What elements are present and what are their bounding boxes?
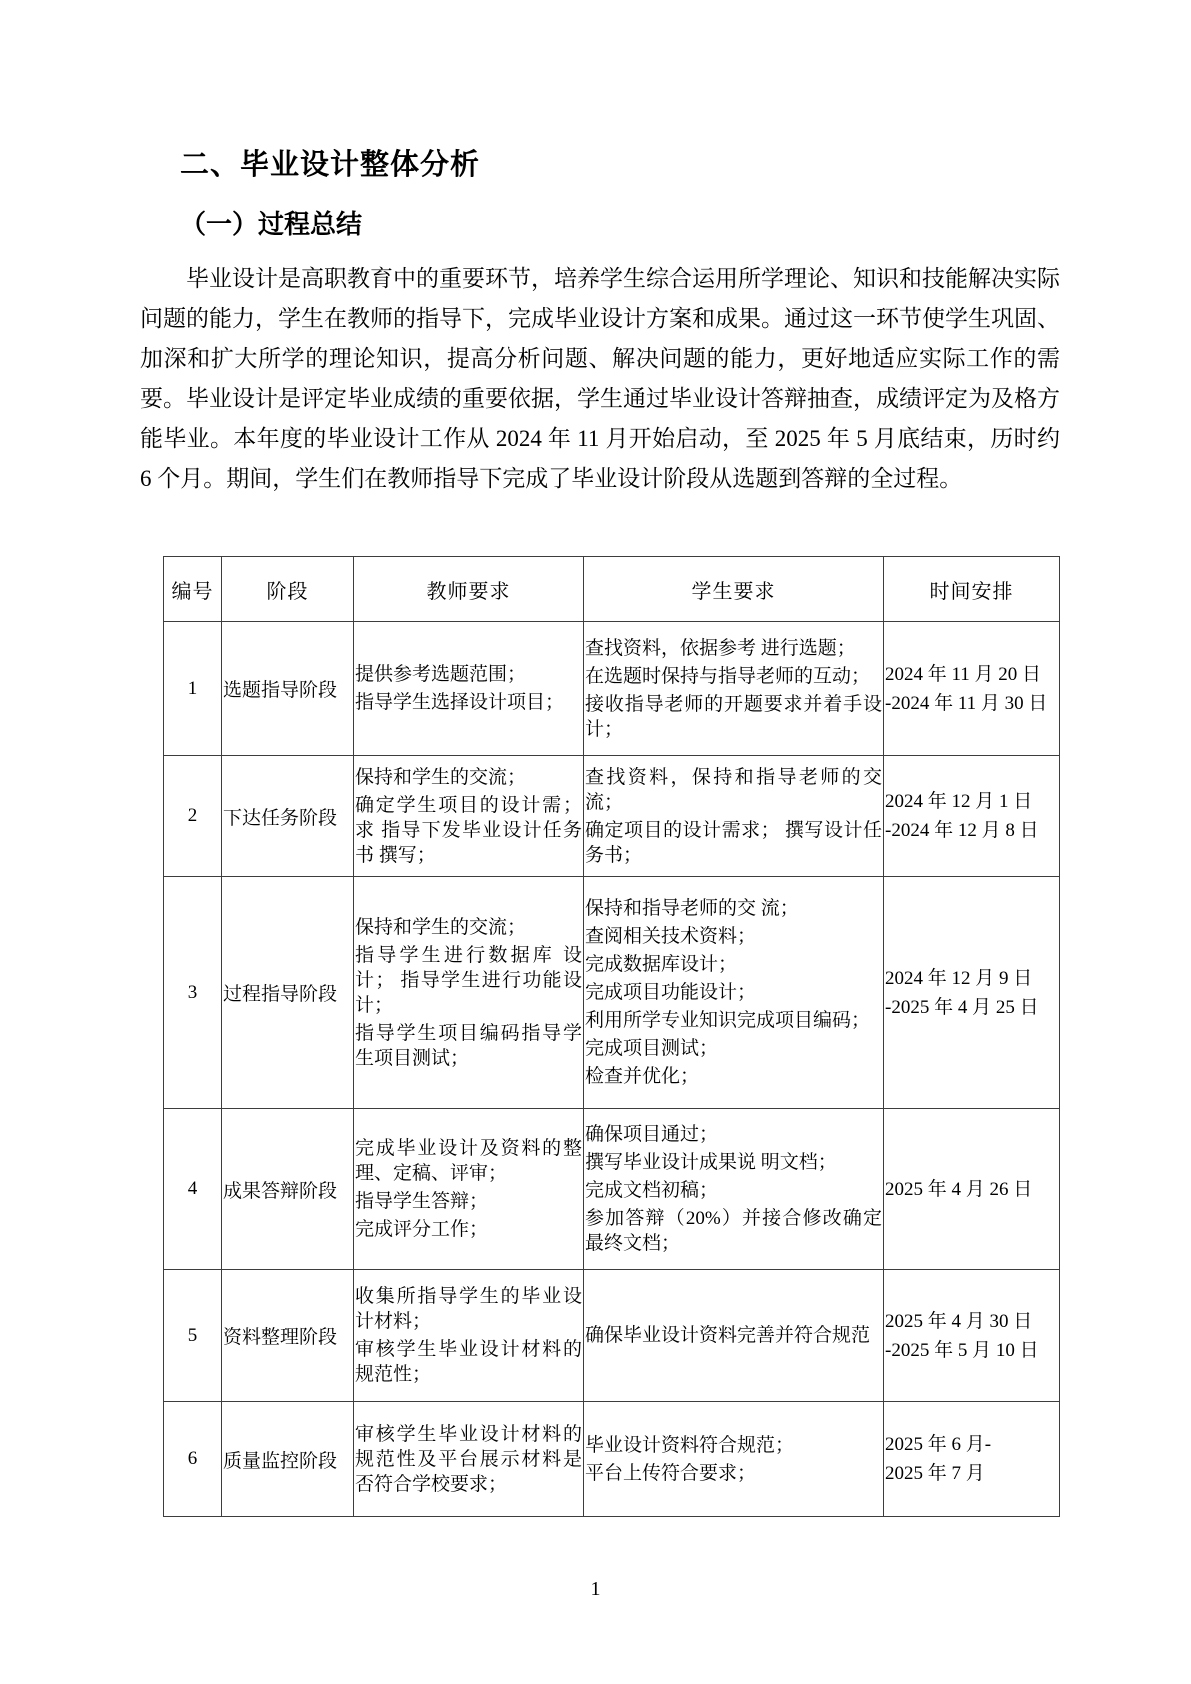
cell-number: 1	[164, 622, 222, 756]
cell-number: 2	[164, 756, 222, 877]
cell-phase: 下达任务阶段	[222, 756, 354, 877]
requirement-item: 审核学生毕业设计材料的规范性；	[355, 1337, 582, 1387]
time-line: 2024 年 12 月 9 日	[885, 965, 1058, 992]
requirement-item: 指导学生选择设计项目；	[355, 690, 582, 715]
requirement-item: 保持和指导老师的交 流；	[585, 896, 882, 921]
cell-phase: 资料整理阶段	[222, 1270, 354, 1402]
cell-time-schedule: 2024 年 12 月 1 日-2024 年 12 月 8 日	[884, 756, 1060, 877]
header-student: 学生要求	[584, 557, 884, 622]
requirement-item: 完成毕业设计及资料的整理、定稿、评审；	[355, 1136, 582, 1186]
cell-phase: 过程指导阶段	[222, 877, 354, 1109]
cell-teacher-requirements: 保持和学生的交流；指导学生进行数据库 设计； 指导学生进行功能设计；指导学生项目…	[354, 877, 584, 1109]
header-no: 编号	[164, 557, 222, 622]
cell-teacher-requirements: 完成毕业设计及资料的整理、定稿、评审；指导学生答辩；完成评分工作；	[354, 1109, 584, 1270]
cell-number: 6	[164, 1402, 222, 1517]
section-title: 二、毕业设计整体分析	[180, 146, 1060, 184]
cell-time-schedule: 2025 年 4 月 30 日-2025 年 5 月 10 日	[884, 1270, 1060, 1402]
header-teacher: 教师要求	[354, 557, 584, 622]
requirement-item: 审核学生毕业设计材料的规范性及平台展示材料是否符合学校要求；	[355, 1422, 582, 1497]
table-row: 6质量监控阶段审核学生毕业设计材料的规范性及平台展示材料是否符合学校要求；毕业设…	[164, 1402, 1060, 1517]
requirement-item: 保持和学生的交流；	[355, 915, 582, 940]
subsection-title: （一）过程总结	[180, 208, 1060, 242]
requirement-item: 平台上传符合要求；	[585, 1461, 882, 1486]
time-line: 2025 年 7 月	[885, 1460, 1058, 1487]
cell-time-schedule: 2024 年 11 月 20 日-2024 年 11 月 30 日	[884, 622, 1060, 756]
table-row: 4成果答辩阶段完成毕业设计及资料的整理、定稿、评审；指导学生答辩；完成评分工作；…	[164, 1109, 1060, 1270]
requirement-item: 确定项目的设计需求； 撰写设计任务书；	[585, 818, 882, 868]
cell-teacher-requirements: 审核学生毕业设计材料的规范性及平台展示材料是否符合学校要求；	[354, 1402, 584, 1517]
cell-teacher-requirements: 提供参考选题范围；指导学生选择设计项目；	[354, 622, 584, 756]
time-line: -2025 年 5 月 10 日	[885, 1337, 1058, 1364]
header-time: 时间安排	[884, 557, 1060, 622]
phases-table: 编号 阶段 教师要求 学生要求 时间安排 1选题指导阶段提供参考选题范围；指导学…	[163, 556, 1060, 1517]
time-line: 2024 年 12 月 1 日	[885, 788, 1058, 815]
table-row: 2下达任务阶段保持和学生的交流；确定学生项目的设计需；求 指导下发毕业设计任务书…	[164, 756, 1060, 877]
cell-number: 5	[164, 1270, 222, 1402]
requirement-item: 查找资料，保持和指导老师的交流；	[585, 765, 882, 815]
page-number: 1	[0, 1578, 1191, 1601]
table-header-row: 编号 阶段 教师要求 学生要求 时间安排	[164, 557, 1060, 622]
requirement-item: 毕业设计资料符合规范；	[585, 1433, 882, 1458]
cell-teacher-requirements: 保持和学生的交流；确定学生项目的设计需；求 指导下发毕业设计任务书 撰写；	[354, 756, 584, 877]
cell-phase: 成果答辩阶段	[222, 1109, 354, 1270]
requirement-item: 收集所指导学生的毕业设计材料；	[355, 1284, 582, 1334]
requirement-item: 完成数据库设计；	[585, 952, 882, 977]
requirement-item: 确保项目通过；	[585, 1122, 882, 1147]
requirement-item: 完成文档初稿；	[585, 1178, 882, 1203]
cell-student-requirements: 确保毕业设计资料完善并符合规范	[584, 1270, 884, 1402]
cell-number: 4	[164, 1109, 222, 1270]
cell-time-schedule: 2024 年 12 月 9 日-2025 年 4 月 25 日	[884, 877, 1060, 1109]
header-phase: 阶段	[222, 557, 354, 622]
cell-teacher-requirements: 收集所指导学生的毕业设计材料；审核学生毕业设计材料的规范性；	[354, 1270, 584, 1402]
cell-student-requirements: 查找资料，保持和指导老师的交流；确定项目的设计需求； 撰写设计任务书；	[584, 756, 884, 877]
requirement-item: 提供参考选题范围；	[355, 662, 582, 687]
time-line: -2024 年 12 月 8 日	[885, 817, 1058, 844]
time-line: 2025 年 4 月 30 日	[885, 1308, 1058, 1335]
requirement-item: 完成评分工作；	[355, 1217, 582, 1242]
requirement-item: 检查并优化；	[585, 1064, 882, 1089]
requirement-item: 指导学生答辩；	[355, 1189, 582, 1214]
cell-time-schedule: 2025 年 4 月 26 日	[884, 1109, 1060, 1270]
requirement-item: 指导学生进行数据库 设计； 指导学生进行功能设计；	[355, 943, 582, 1018]
time-line: 2025 年 6 月-	[885, 1431, 1058, 1458]
requirement-item: 保持和学生的交流；	[355, 765, 582, 790]
cell-time-schedule: 2025 年 6 月-2025 年 7 月	[884, 1402, 1060, 1517]
cell-student-requirements: 毕业设计资料符合规范；平台上传符合要求；	[584, 1402, 884, 1517]
requirement-item: 在选题时保持与指导老师的互动；	[585, 664, 882, 689]
requirement-item: 确定学生项目的设计需；求 指导下发毕业设计任务书 撰写；	[355, 793, 582, 868]
time-line: 2024 年 11 月 20 日	[885, 661, 1058, 688]
table-row: 3过程指导阶段保持和学生的交流；指导学生进行数据库 设计； 指导学生进行功能设计…	[164, 877, 1060, 1109]
time-line: 2025 年 4 月 26 日	[885, 1176, 1058, 1203]
cell-student-requirements: 确保项目通过；撰写毕业设计成果说 明文档；完成文档初稿；参加答辩（20%）并接合…	[584, 1109, 884, 1270]
cell-phase: 选题指导阶段	[222, 622, 354, 756]
requirement-item: 完成项目测试；	[585, 1036, 882, 1061]
document-page: 二、毕业设计整体分析 （一）过程总结 毕业设计是高职教育中的重要环节，培养学生综…	[0, 0, 1191, 1684]
requirement-item: 指导学生项目编码指导学生项目测试；	[355, 1021, 582, 1071]
intro-paragraph: 毕业设计是高职教育中的重要环节，培养学生综合运用所学理论、知识和技能解决实际问题…	[140, 259, 1060, 499]
time-line: -2024 年 11 月 30 日	[885, 690, 1058, 717]
requirement-item: 利用所学专业知识完成项目编码；	[585, 1008, 882, 1033]
requirement-item: 撰写毕业设计成果说 明文档；	[585, 1150, 882, 1175]
time-line: -2025 年 4 月 25 日	[885, 994, 1058, 1021]
table-row: 1选题指导阶段提供参考选题范围；指导学生选择设计项目；查找资料，依据参考 进行选…	[164, 622, 1060, 756]
cell-student-requirements: 保持和指导老师的交 流；查阅相关技术资料；完成数据库设计；完成项目功能设计；利用…	[584, 877, 884, 1109]
table-row: 5资料整理阶段收集所指导学生的毕业设计材料；审核学生毕业设计材料的规范性；确保毕…	[164, 1270, 1060, 1402]
requirement-item: 参加答辩（20%）并接合修改确定最终文档；	[585, 1206, 882, 1256]
cell-number: 3	[164, 877, 222, 1109]
cell-student-requirements: 查找资料，依据参考 进行选题；在选题时保持与指导老师的互动；接收指导老师的开题要…	[584, 622, 884, 756]
requirement-item: 查阅相关技术资料；	[585, 924, 882, 949]
requirement-item: 完成项目功能设计；	[585, 980, 882, 1005]
requirement-item: 查找资料，依据参考 进行选题；	[585, 636, 882, 661]
requirement-item: 接收指导老师的开题要求并着手设计；	[585, 692, 882, 742]
cell-phase: 质量监控阶段	[222, 1402, 354, 1517]
requirement-item: 确保毕业设计资料完善并符合规范	[585, 1323, 882, 1348]
table-body: 1选题指导阶段提供参考选题范围；指导学生选择设计项目；查找资料，依据参考 进行选…	[164, 622, 1060, 1517]
